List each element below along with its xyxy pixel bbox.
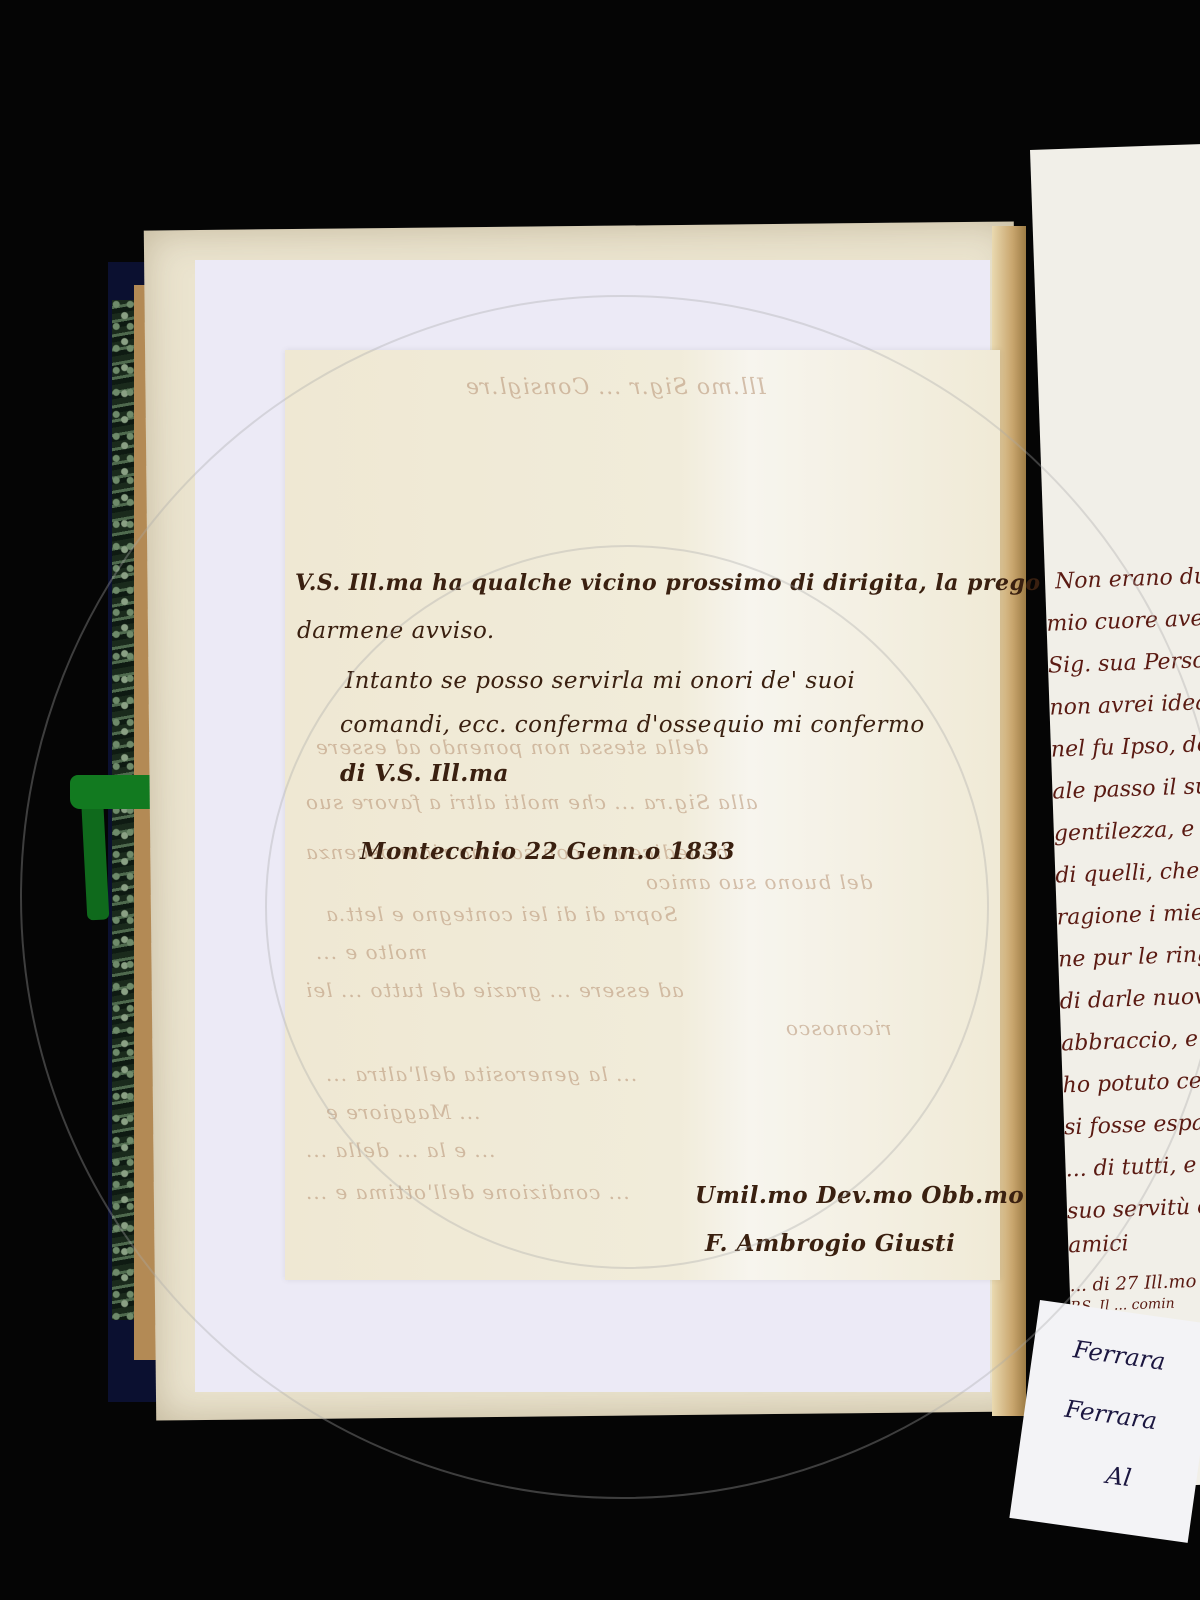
right-page-line: di quelli, che fo: [1055, 858, 1200, 889]
right-page-line: ... di 27 Ill.mo: [1069, 1271, 1196, 1296]
right-page-line: ho potuto cercarsi: [1062, 1066, 1200, 1098]
right-page-line: ne pur le ringra: [1058, 941, 1200, 972]
bleed-line: riconosco: [785, 1016, 892, 1040]
right-page-line: ... di tutti, e in: [1065, 1152, 1200, 1183]
right-page-line: ale passo il suo: [1052, 774, 1200, 805]
bleed-line: ... la generosita dell'altra ...: [325, 1062, 637, 1086]
right-page-line: gentilezza, e di: [1053, 816, 1200, 847]
green-ribbon-tie: [70, 775, 154, 809]
lower-sheet-line: Al: [1104, 1461, 1133, 1492]
right-lower-sheet: Ferrara Ferrara Al: [1009, 1300, 1200, 1543]
letter-signature: F. Ambrogio Giusti: [705, 1230, 955, 1257]
bleed-line: ... condizione dell'ottima e ...: [305, 1180, 630, 1204]
bleed-line: della stessa non ponendo ad essere: [315, 735, 708, 759]
bleed-line: del buono suo amico: [645, 870, 872, 894]
bleed-header: Ill.mo Sig.r ... Consigl.re: [465, 375, 766, 400]
lower-sheet-line: Ferrara: [1072, 1335, 1168, 1376]
bleed-line: Sopra di di lei contegno e lett.a: [325, 902, 677, 926]
right-page-line: suo servitù e pu: [1067, 1193, 1200, 1224]
right-page-line: si fosse espasso.: [1064, 1109, 1200, 1140]
letter-line: comandi, ecc. conferma d'ossequio mi con…: [340, 712, 925, 738]
bleed-line: ... e la ... della ...: [305, 1138, 496, 1162]
letter-date-line: Montecchio 22 Genn.o 1833: [360, 838, 735, 865]
lower-sheet-line: Ferrara: [1063, 1395, 1159, 1436]
letter-line: darmene avviso.: [297, 618, 495, 644]
letter-sheet: Ill.mo Sig.r ... Consigl.re della stessa…: [285, 350, 1000, 1280]
right-page-line: amici: [1068, 1231, 1129, 1258]
ribbon-tie-tail: [81, 790, 110, 921]
bleed-line: ... Maggiore e: [325, 1100, 480, 1124]
letter-line: Intanto se posso servirla mi onori de' s…: [345, 668, 855, 694]
right-page-line: ragione i miei i: [1056, 900, 1200, 931]
letter-closing: Umil.mo Dev.mo Obb.mo: [695, 1182, 1024, 1209]
right-page-line: non avrei idea: [1049, 690, 1200, 721]
right-page-line: Sig. sua Persona: [1048, 647, 1200, 678]
bleed-line: molto e ...: [315, 940, 427, 964]
bleed-line: ad essere ... grazie del tutto ... lei: [305, 978, 684, 1002]
right-page-line: nel fu Ipso, dove: [1051, 731, 1200, 762]
right-page-line: abbraccio, e si fone: [1061, 1024, 1200, 1057]
right-facing-page: Non erano dunq mio cuore avere Sig. sua …: [1030, 143, 1200, 1489]
right-page-line: Non erano dunq: [1055, 563, 1200, 594]
right-page-line: di darle nuove: [1059, 984, 1200, 1015]
right-page-line: mio cuore avere: [1046, 605, 1200, 636]
letter-line: V.S. Ill.ma ha qualche vicino prossimo d…: [295, 570, 1041, 596]
letter-line: di V.S. Ill.ma: [340, 760, 509, 787]
bleed-line: alla Sig.ra ... che molti altri a favore…: [305, 790, 758, 814]
